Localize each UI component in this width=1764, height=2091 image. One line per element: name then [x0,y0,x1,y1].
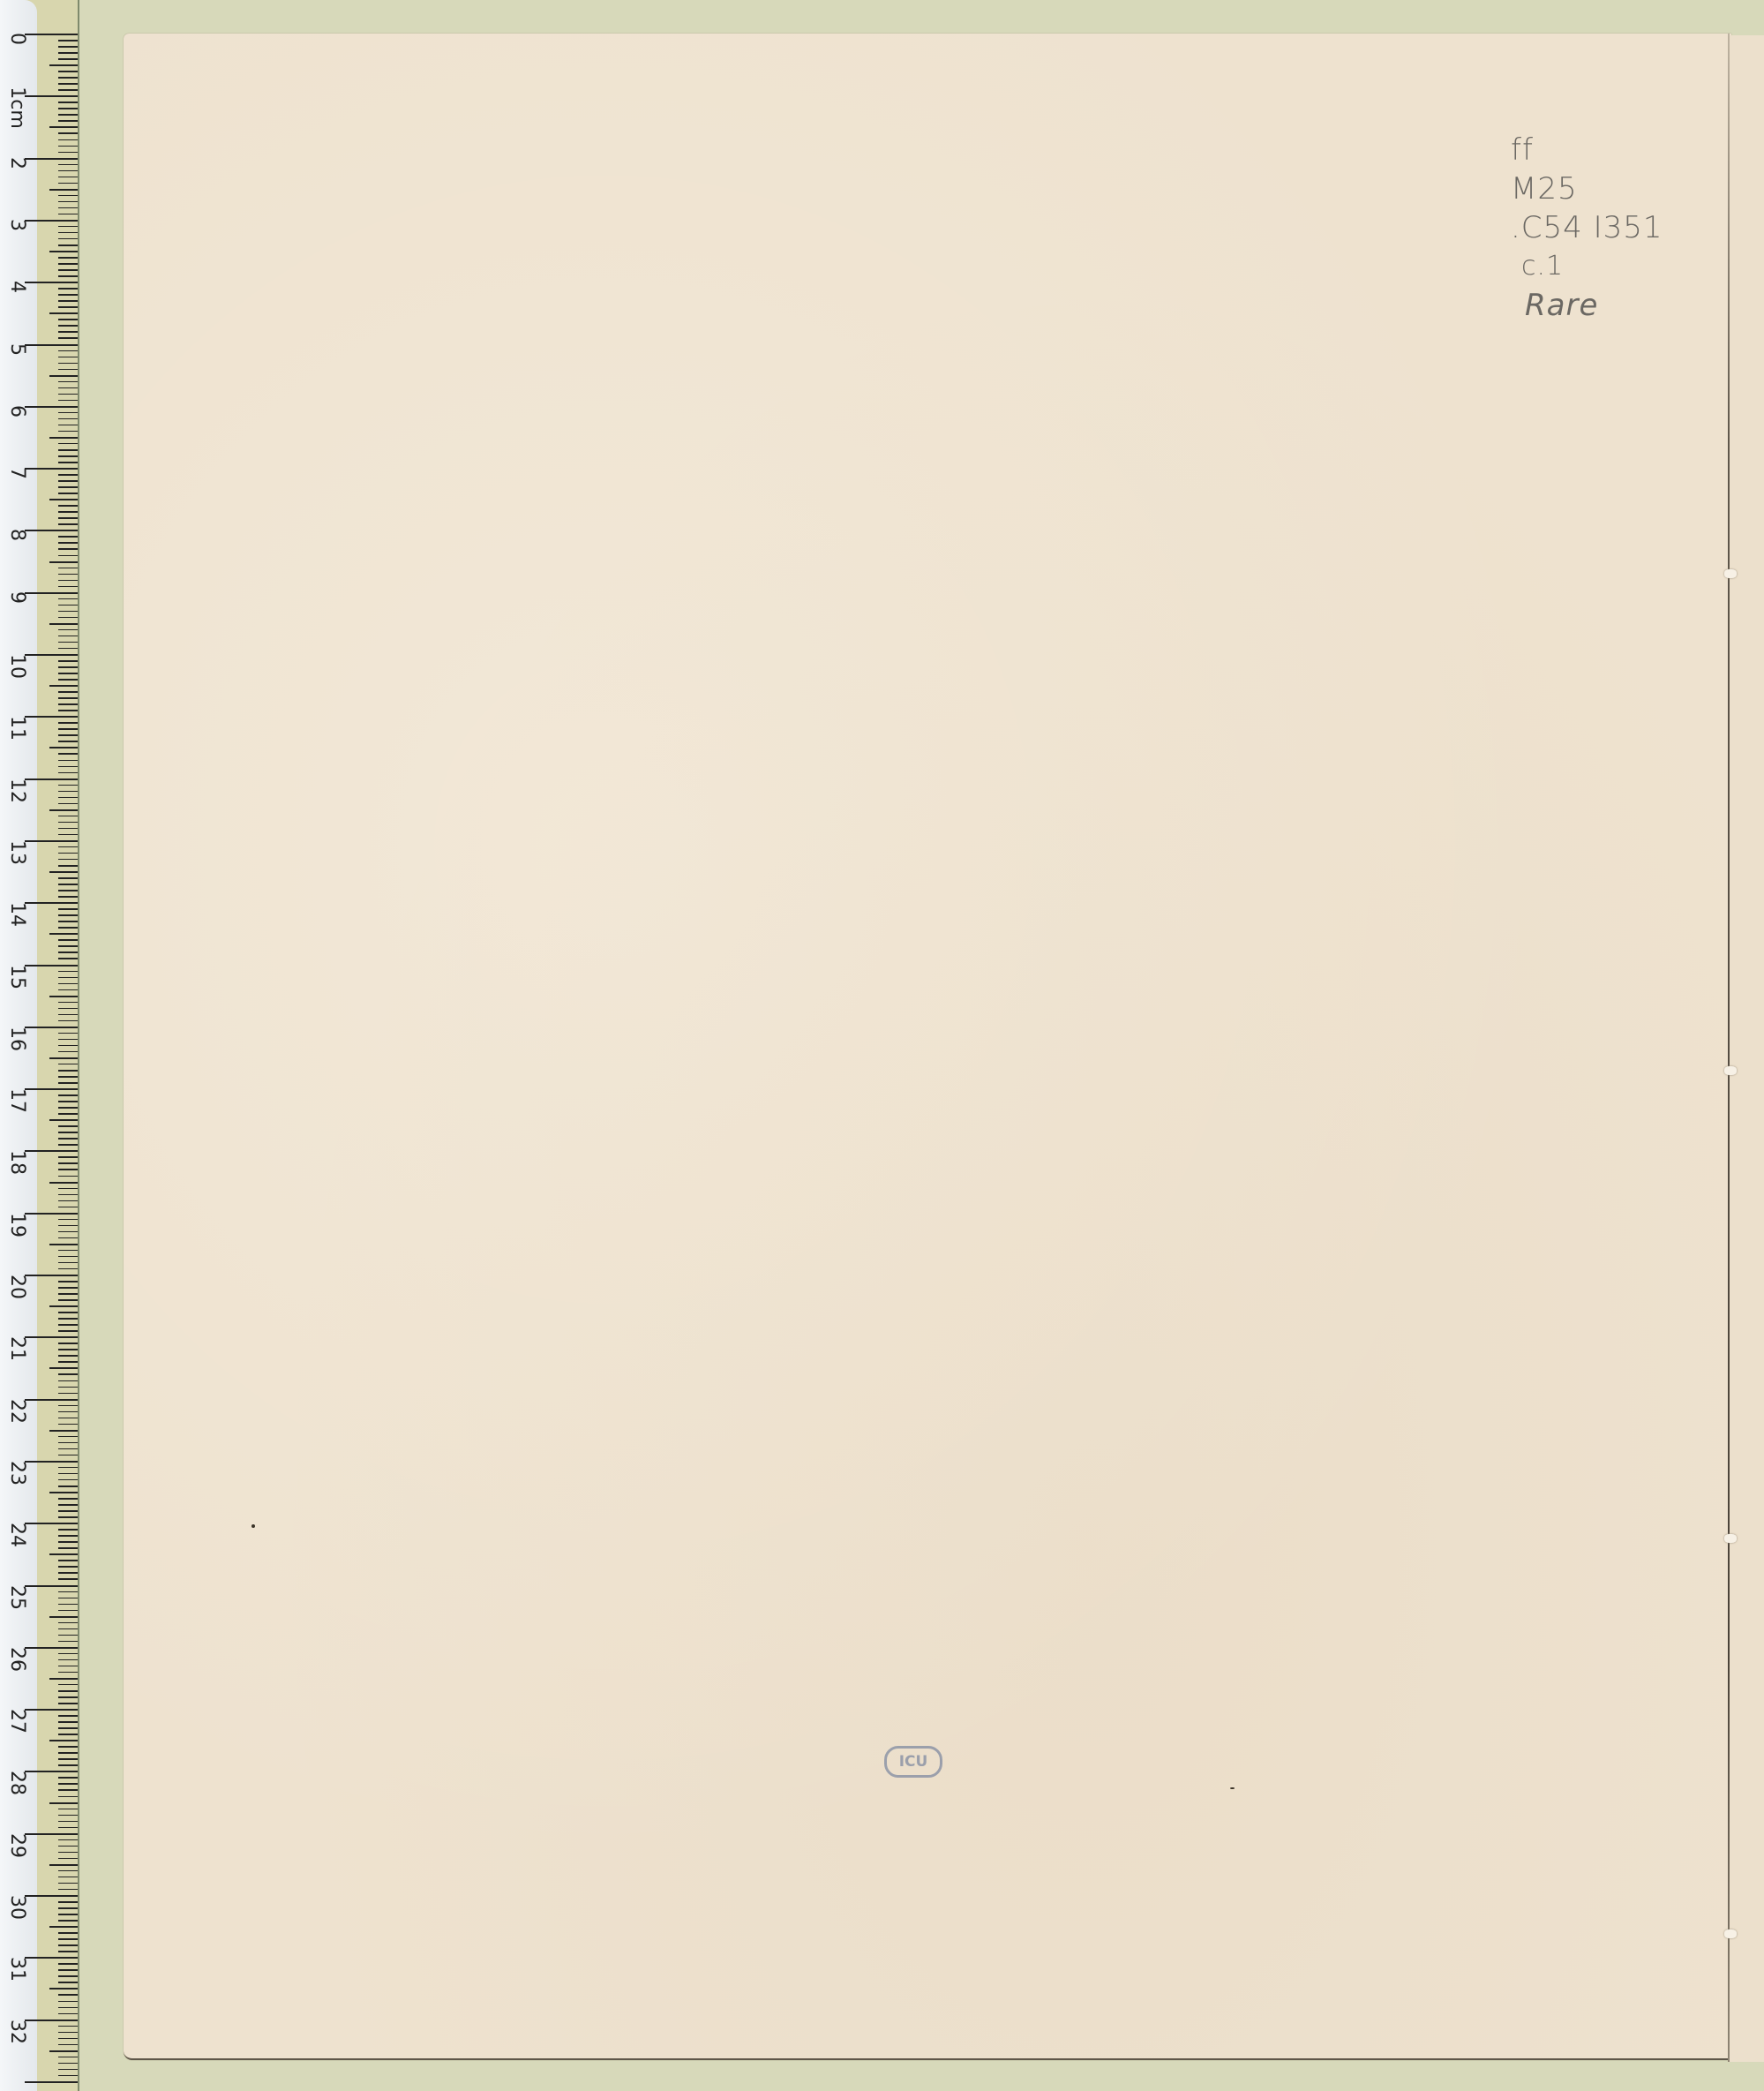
ruler-tick [25,1150,78,1152]
ruler-tick [58,586,78,588]
ruler-tick [58,877,78,879]
ruler-tick [58,722,78,724]
ruler-tick [58,1262,78,1264]
ruler-tick [58,2069,78,2071]
ruler-tick [58,1405,78,1407]
ruler-tick [58,1101,78,1102]
ruler-tick [58,598,78,600]
ruler-tick [58,1628,78,1630]
ruler-number: 28 [5,1768,28,1798]
ruler-tick [58,568,78,569]
ruler-tick [49,623,78,625]
ruler-tick [58,517,78,519]
ruler-tick [58,1486,78,1487]
ruler-tick [25,592,78,594]
ruler-tick [49,685,78,687]
ruler-number: 14 [5,899,28,929]
ruler-tick [58,673,78,674]
ruler-tick [58,1125,78,1127]
ruler-tick [58,791,78,793]
ruler-tick [25,654,78,656]
ruler-tick [58,2001,78,2003]
ruler-tick [58,1566,78,1568]
ruler-tick [58,1281,78,1282]
ruler-tick [58,146,78,147]
ruler-tick [58,1200,78,1202]
ruler-tick [58,337,78,339]
ruler-tick [58,443,78,445]
ruler-tick [58,884,78,885]
ruler-tick [58,797,78,799]
ruler-tick [58,394,78,395]
ruler-tick [58,1901,78,1903]
ruler-tick [58,1094,78,1096]
paper-speck [251,1524,255,1528]
ruler-tick [58,275,78,277]
ruler-tick [58,1858,78,1860]
ruler-tick [58,1355,78,1357]
ruler-tick [58,1604,78,1606]
ruler-tick [58,1162,78,1164]
ruler-tick [58,102,78,103]
ruler-tick [58,816,78,817]
ruler-tick [58,703,78,705]
ruler-tick [25,1585,78,1587]
ruler-tick [58,2013,78,2015]
ruler-tick [25,282,78,283]
ruler-number: 9 [5,589,28,606]
ruler-tick [58,574,78,575]
ruler-tick [49,64,78,66]
ruler-tick [58,1672,78,1674]
ruler-tick [58,1591,78,1593]
ruler-tick [58,2007,78,2009]
ruler-tick [58,636,78,637]
ruler-tick [58,1219,78,1221]
ruler-tick [58,958,78,959]
ruler-tick [58,753,78,755]
ruler-tick [58,1299,78,1301]
ruler-number: 24 [5,1520,28,1550]
ruler-number: 25 [5,1583,28,1613]
ruler-tick [58,1231,78,1233]
ruler-tick [58,1479,78,1481]
ruler-tick [58,1448,78,1450]
ruler-tick [58,207,78,209]
ruler-tick [58,1330,78,1332]
ruler-tick [58,1107,78,1109]
ruler-tick [58,1721,78,1723]
ruler-tick [58,1598,78,1599]
ruler-tick [49,561,78,563]
ruler-tick [58,939,78,941]
ruler-tick [25,1709,78,1711]
ruler-tick [58,1944,78,1946]
ruler-tick [49,499,78,500]
ruler-tick [58,1287,78,1289]
ruler-tick [58,1777,78,1779]
ruler-tick [58,1082,78,1084]
ruler-tick [49,747,78,748]
ruler-tick [58,2063,78,2065]
ruler-tick [25,1957,78,1959]
ruler-tick [58,1889,78,1891]
ruler-tick [49,312,78,314]
ruler-tick [58,1498,78,1500]
ruler-tick [58,1789,78,1791]
ruler-tick [58,1076,78,1078]
ruler-tick [58,52,78,54]
ruler-tick [58,1684,78,1686]
ruler-tick [58,1312,78,1313]
ruler-tick [49,1430,78,1432]
ruler-tick [58,493,78,494]
ruler-tick [58,951,78,953]
ruler-tick [58,1207,78,1208]
ruler-tick [58,1070,78,1072]
ruler-tick [58,1516,78,1518]
ruler-tick [58,226,78,228]
ruler-tick [25,1461,78,1463]
ruler-number: 23 [5,1458,28,1488]
ruler-tick [58,1653,78,1655]
ruler-tick [58,387,78,389]
ruler-tick [58,1510,78,1512]
ruler-tick [58,1411,78,1413]
ruler-tick [58,2026,78,2027]
ruler-number: 30 [5,1892,28,1922]
ruler-tick [58,548,78,550]
ruler-tick [58,369,78,371]
ruler-tick [58,1578,78,1580]
ruler-tick [58,666,78,668]
ruler-tick [58,1373,78,1375]
ruler-tick [25,965,78,967]
ruler-tick [58,1361,78,1363]
ruler-number: 29 [5,1831,28,1861]
ruler-tick [58,177,78,178]
ruler-tick [58,766,78,768]
call-number-annotation: ff M25 .C54 I351 c.1 Rare [1511,131,1663,325]
ruler-tick [58,325,78,327]
ruler-number: 0 [5,30,28,48]
ruler-tick [58,505,78,507]
ruler-tick [25,1771,78,1772]
ruler-tick [58,1343,78,1344]
ruler-tick [58,1176,78,1177]
ruler-tick [58,1734,78,1735]
ruler-tick [58,734,78,736]
ruler-number: 31 [5,1954,28,1984]
ruler-tick [58,152,78,154]
ruler-tick [58,1020,78,1022]
ruler-tick [58,1504,78,1506]
ruler-tick [58,1002,78,1004]
ruler-tick [58,1541,78,1543]
ruler-tick [58,244,78,246]
ruler-tick [58,642,78,643]
ruler-tick [58,1324,78,1326]
ruler-tick [58,1529,78,1531]
ruler-tick [25,34,78,35]
library-stamp: ICU [884,1746,942,1778]
ruler-tick [49,437,78,439]
ruler-tick [58,1138,78,1140]
ruler-tick [58,1969,78,1971]
ruler-tick [58,679,78,681]
ruler-tick [25,716,78,718]
ruler-tick [58,859,78,861]
ruler-tick [58,555,78,557]
ruler-tick [58,1783,78,1785]
ruler-tick [49,375,78,377]
ruler-tick [25,1647,78,1649]
ruler-tick [49,1305,78,1307]
ruler-number: 3 [5,216,28,234]
ruler-tick [58,1547,78,1549]
ruler-tick [58,536,78,538]
ruler-tick [58,1467,78,1469]
ruler-tick [58,120,78,122]
call-number-line: c.1 [1521,247,1663,286]
ruler-tick [58,89,78,91]
binding-stitch [1724,1534,1737,1543]
ruler-tick [58,977,78,979]
ruler-tick [58,201,78,203]
ruler-tick [58,605,78,606]
ruler-tick [58,350,78,352]
binding-stitch [1724,1929,1737,1938]
ruler-tick [58,1014,78,1016]
ruler-tick [49,189,78,191]
ruler-tick [58,83,78,85]
ruler-tick [58,2044,78,2046]
ruler-tick [58,697,78,699]
ruler-tick [58,890,78,891]
ruler-number: 18 [5,1147,28,1177]
ruler-tick [58,1455,78,1456]
ruler-tick [49,1367,78,1369]
ruler-tick [58,2075,78,2077]
ruler-tick [58,1715,78,1717]
ruler-tick [58,319,78,320]
ruler-tick [49,1864,78,1866]
ruler-tick [58,232,78,234]
ruler-tick [58,2032,78,2034]
ruler-tick [49,1244,78,1245]
ruler-tick [58,648,78,650]
ruler-tick [58,1994,78,1996]
ruler-tick [49,1553,78,1555]
ruler-tick [58,822,78,824]
ruler-number: 10 [5,651,28,681]
ruler-tick [58,1809,78,1810]
ruler-tick [49,1678,78,1680]
ruler-tick [58,1846,78,1847]
ruler-tick [58,114,78,116]
ruler-tick [58,611,78,613]
ruler-tick [25,1275,78,1276]
ruler-number: 7 [5,464,28,482]
ruler-tick [58,306,78,308]
call-number-line: M25 [1511,169,1663,208]
ruler-tick [58,170,78,172]
ruler-tick [58,46,78,48]
ruler-tick [58,1920,78,1922]
ruler-tick [49,933,78,935]
call-number-line: Rare [1525,286,1663,325]
ruler-tick [58,1033,78,1034]
ruler-tick [58,1572,78,1574]
ruler-tick [58,77,78,79]
ruler-tick [58,238,78,240]
ruler-number: 20 [5,1272,28,1302]
ruler-tick [58,1815,78,1816]
adjacent-leaf-edge [1730,35,1764,2062]
ruler-tick [58,195,78,197]
ruler-tick [58,183,78,184]
ruler-tick [25,1336,78,1338]
ruler-tick [58,896,78,898]
ruler-tick [58,381,78,383]
ruler-tick [58,263,78,265]
ruler-tick [58,449,78,451]
ruler-tick [25,2020,78,2021]
call-number-line: ff [1511,131,1663,169]
ruler-tick [58,108,78,109]
ruler-tick [58,1318,78,1320]
ruler-tick [58,1703,78,1704]
ruler-tick [49,809,78,811]
ruler-tick [58,1039,78,1041]
ruler-tick [58,1839,78,1841]
ruler-tick [58,511,78,513]
ruler-tick [58,400,78,402]
ruler-tick [58,331,78,333]
ruler-tick [58,914,78,916]
ruler-tick [25,468,78,470]
ruler-tick [58,1424,78,1425]
ruler-tick [25,2081,78,2083]
ruler-tick [58,710,78,711]
ruler-tick [58,1237,78,1239]
ruler-tick [49,251,78,252]
ruler-tick [58,1256,78,1258]
ruler-tick [58,71,78,72]
ruler-tick [25,344,78,346]
ruler-number: 15 [5,962,28,992]
ruler-tick [58,580,78,582]
ruler-tick [58,1473,78,1475]
ruler-number: 22 [5,1396,28,1426]
ruler-tick [58,1951,78,1952]
ruler-tick [58,1975,78,1977]
ruler-tick [58,2057,78,2058]
ruler-number: 32 [5,2017,28,2047]
ruler-tick [58,989,78,991]
ruler-tick [58,741,78,742]
ruler-tick [58,1622,78,1624]
ruler-tick [58,1764,78,1766]
ruler-tick [49,1802,78,1804]
ruler-tick [58,1051,78,1053]
ruler-tick [25,158,78,160]
ruler-tick [58,58,78,60]
ruler-tick [25,778,78,780]
ruler-tick [58,1659,78,1661]
ruler-tick [58,164,78,166]
ruler-tick [58,1914,78,1915]
ruler-tick [49,1740,78,1741]
ruler-tick [25,220,78,222]
ruler-tick [58,1746,78,1748]
ruler-tick [58,691,78,693]
ruler-number: 16 [5,1024,28,1054]
ruler-tick [25,1213,78,1215]
ruler-tick [58,300,78,302]
ruler-tick [58,462,78,463]
ruler-tick [58,294,78,296]
ruler-number: 26 [5,1644,28,1674]
ruler-tick [58,1535,78,1537]
binding-stitch [1724,1066,1737,1075]
ruler-tick [58,1666,78,1667]
binding-stitch [1724,569,1737,578]
ruler-tick [58,542,78,544]
ruler-tick [58,412,78,414]
ruler-tick [25,1088,78,1090]
ruler-tick [25,902,78,904]
ruler-tick [58,1560,78,1561]
ruler-number: 19 [5,1210,28,1240]
ruler-tick [25,406,78,408]
ruler-number: 4 [5,278,28,296]
ruler-tick [58,1268,78,1270]
ruler-tick [49,1988,78,1989]
ruler-tick [58,1064,78,1065]
ruler-number: 6 [5,402,28,420]
ruler-tick [58,983,78,985]
ruler-tick [58,1113,78,1115]
ruler-tick [25,1895,78,1897]
ruler-tick [58,1796,78,1798]
paper-speck [1230,1787,1235,1789]
ruler-tick [25,530,78,531]
ruler-tick [58,1727,78,1729]
ruler-tick [25,1833,78,1835]
ruler-tick [49,1057,78,1059]
ruler-tick [58,617,78,619]
ruler-tick [58,288,78,290]
ruler-tick [58,1982,78,1983]
ruler-tick [58,1194,78,1196]
ruler-tick [58,1045,78,1047]
ruler-tick [58,1144,78,1146]
ruler-tick [58,1436,78,1438]
ruler-tick [58,971,78,973]
ruler-tick [58,1610,78,1612]
ruler-tick [58,132,78,134]
ruler-tick [58,728,78,730]
call-number-line: .C54 I351 [1511,208,1663,247]
ruler-tick [58,785,78,786]
ruler-tick [25,1399,78,1401]
ruler-tick [58,1827,78,1829]
ruler-tick [58,1225,78,1227]
ruler-tick [25,840,78,842]
ruler-tick [58,431,78,432]
ruler-tick [58,269,78,271]
